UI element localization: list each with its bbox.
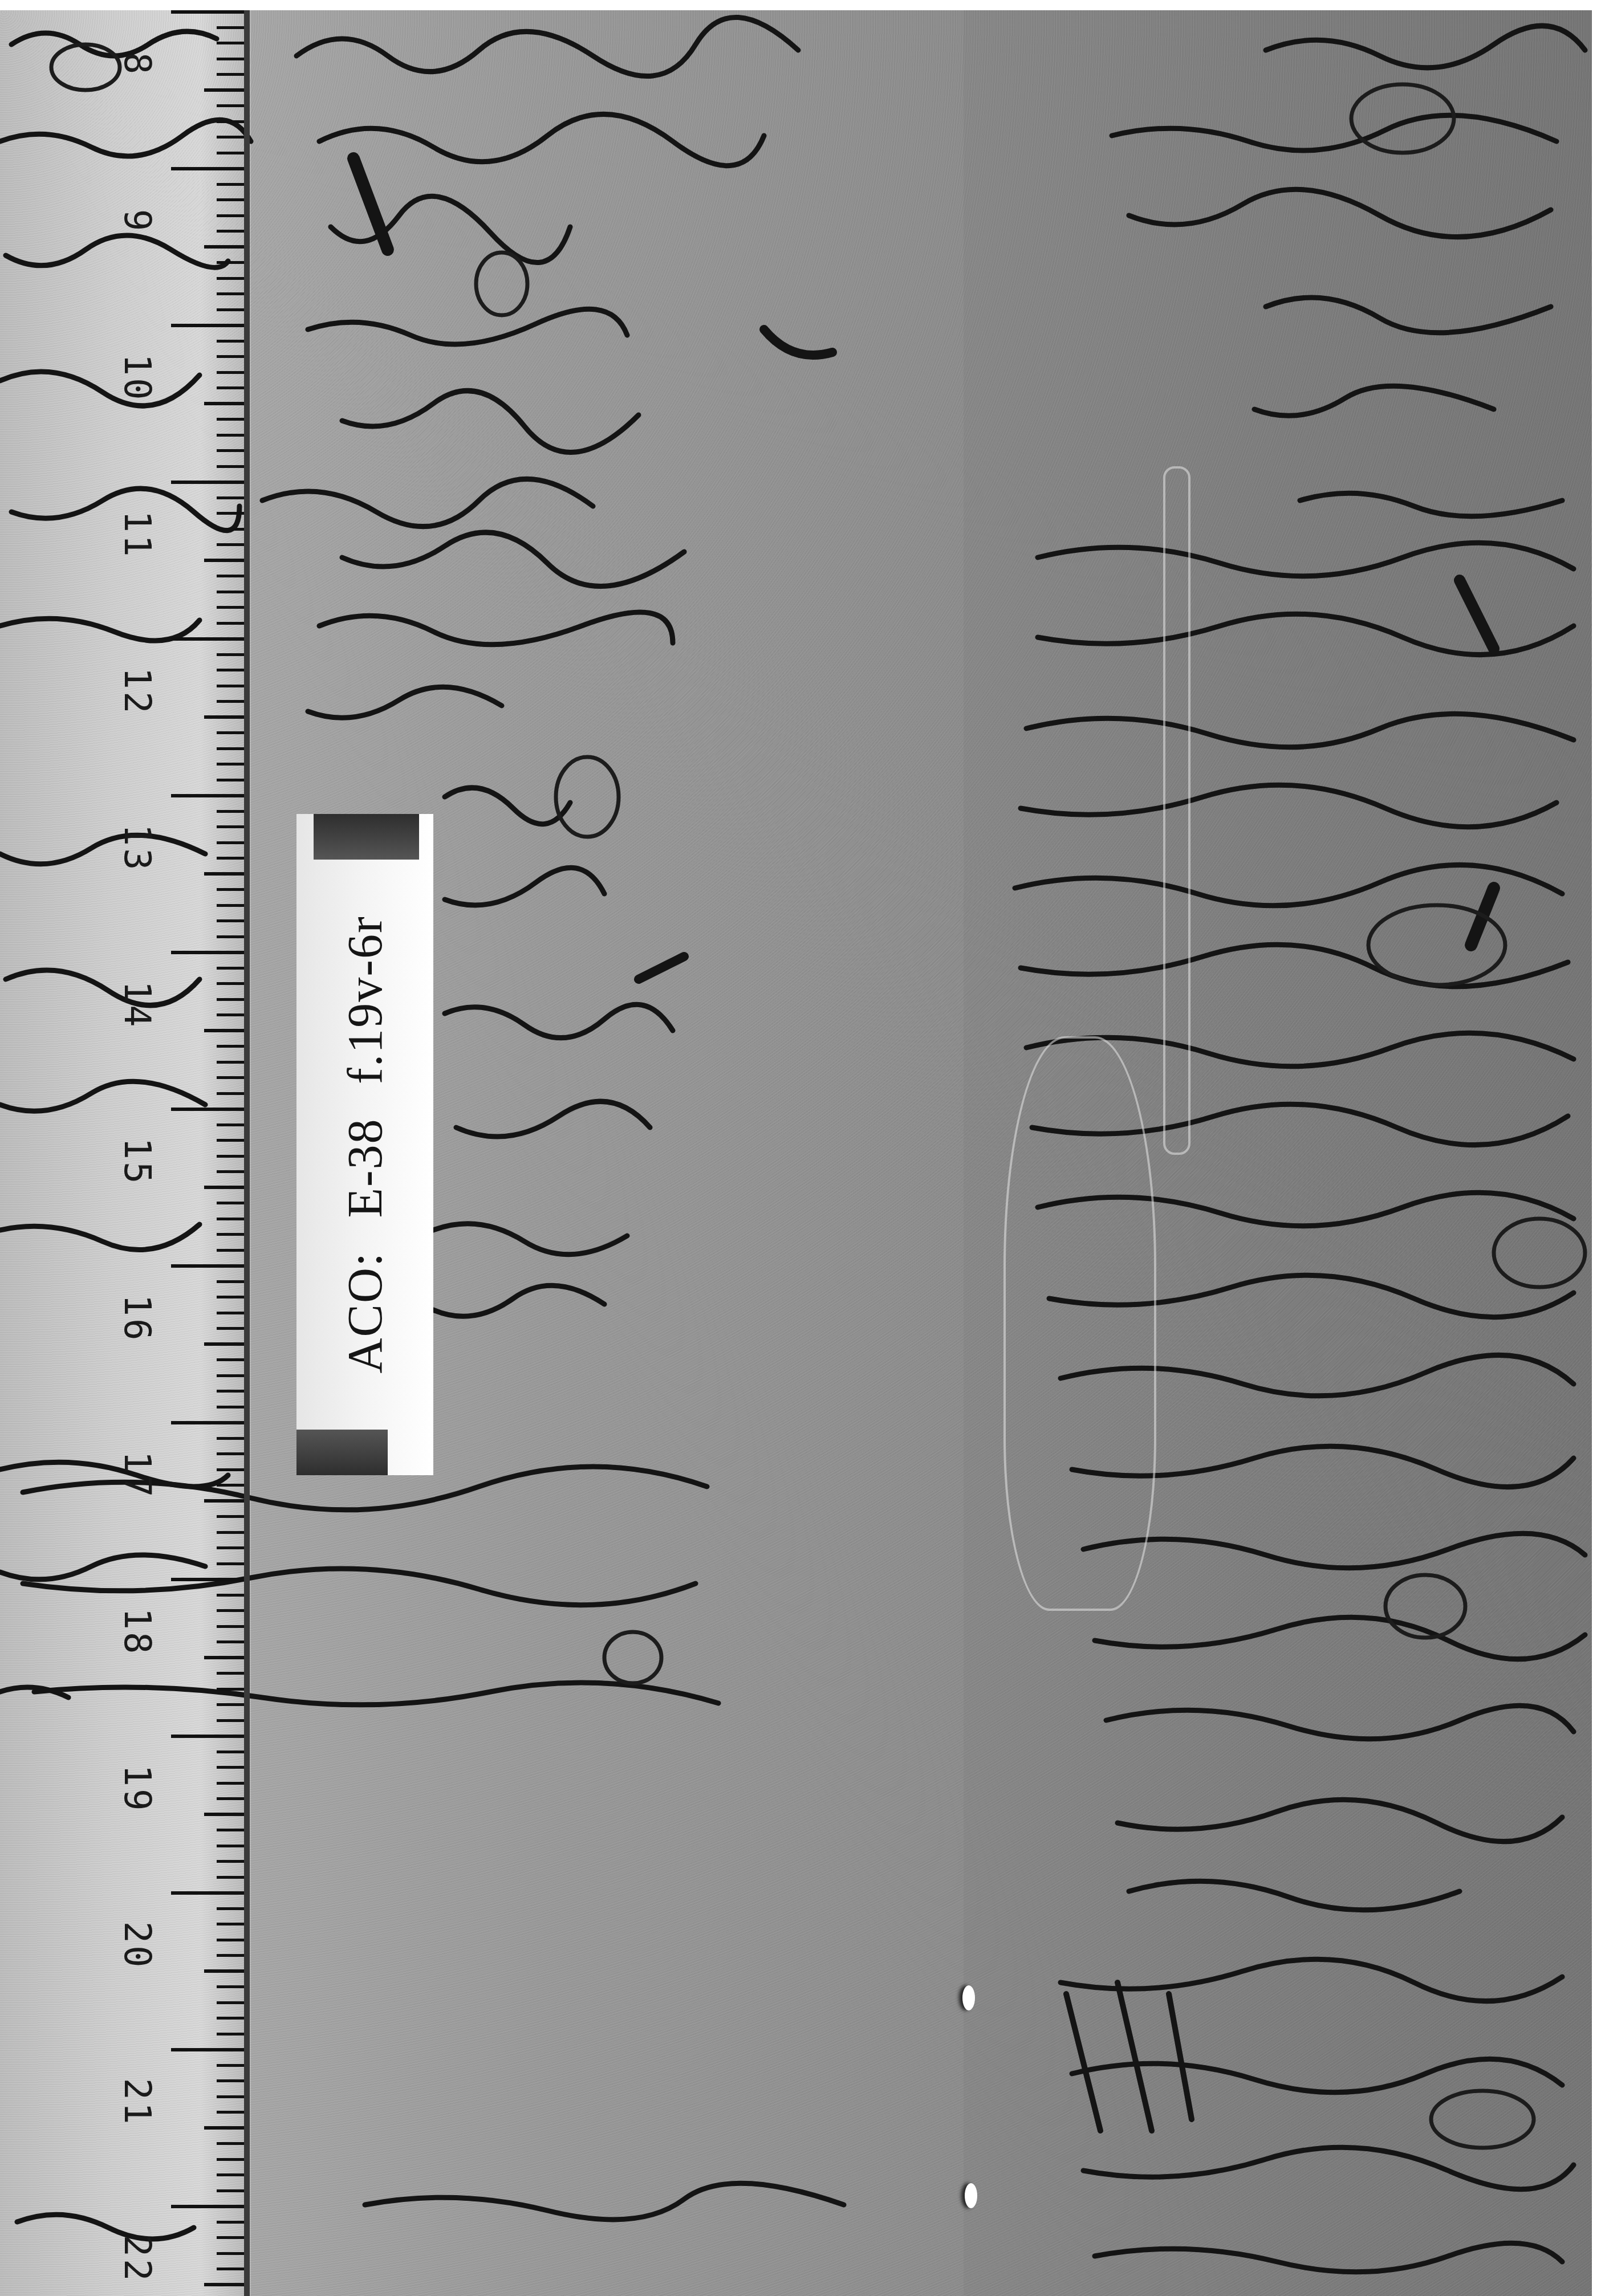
manuscript-photograph: 8 9 10 11 12 13 14 15 16 17 18 19 20 21 … (0, 10, 1592, 2296)
ruler-number: 22 (117, 2219, 157, 2296)
archive-label-text: ACO: E-38 f.19v-6r (336, 905, 393, 1383)
repository-code: ACO: (338, 1252, 392, 1373)
ruler-number: 12 (117, 652, 157, 731)
label-dark-band-top (314, 814, 419, 860)
ruler-number: 21 (117, 2062, 157, 2142)
ruler-number: 20 (117, 1906, 157, 1985)
ruler-edge (244, 10, 250, 2296)
ruler-number: 10 (117, 338, 157, 418)
ruler-number: 8 (117, 25, 157, 104)
ruler-number: 18 (117, 1592, 157, 1672)
ruler-number: 13 (117, 808, 157, 888)
ruler-mm-ticks (194, 10, 244, 2296)
ruler-number: 14 (117, 965, 157, 1045)
shelfmark: E-38 (338, 1118, 392, 1218)
ruler-number: 17 (117, 1435, 157, 1515)
label-dark-band-bottom (296, 1430, 388, 1475)
ruler-number: 19 (117, 1749, 157, 1829)
paper-hole (962, 1985, 975, 2010)
measurement-ruler: 8 9 10 11 12 13 14 15 16 17 18 19 20 21 … (171, 10, 251, 2296)
pale-watermark-mark (1003, 1036, 1156, 1611)
ruler-number: 15 (117, 1122, 157, 1202)
pale-watermark-mark (1163, 466, 1190, 1155)
ruler-number: 11 (117, 495, 157, 575)
ruler-number: 9 (117, 181, 157, 261)
folio-range: f.19v-6r (338, 915, 392, 1084)
ruler-number: 16 (117, 1279, 157, 1358)
paper-hole (965, 2183, 977, 2208)
archive-label: ACO: E-38 f.19v-6r (296, 814, 433, 1475)
